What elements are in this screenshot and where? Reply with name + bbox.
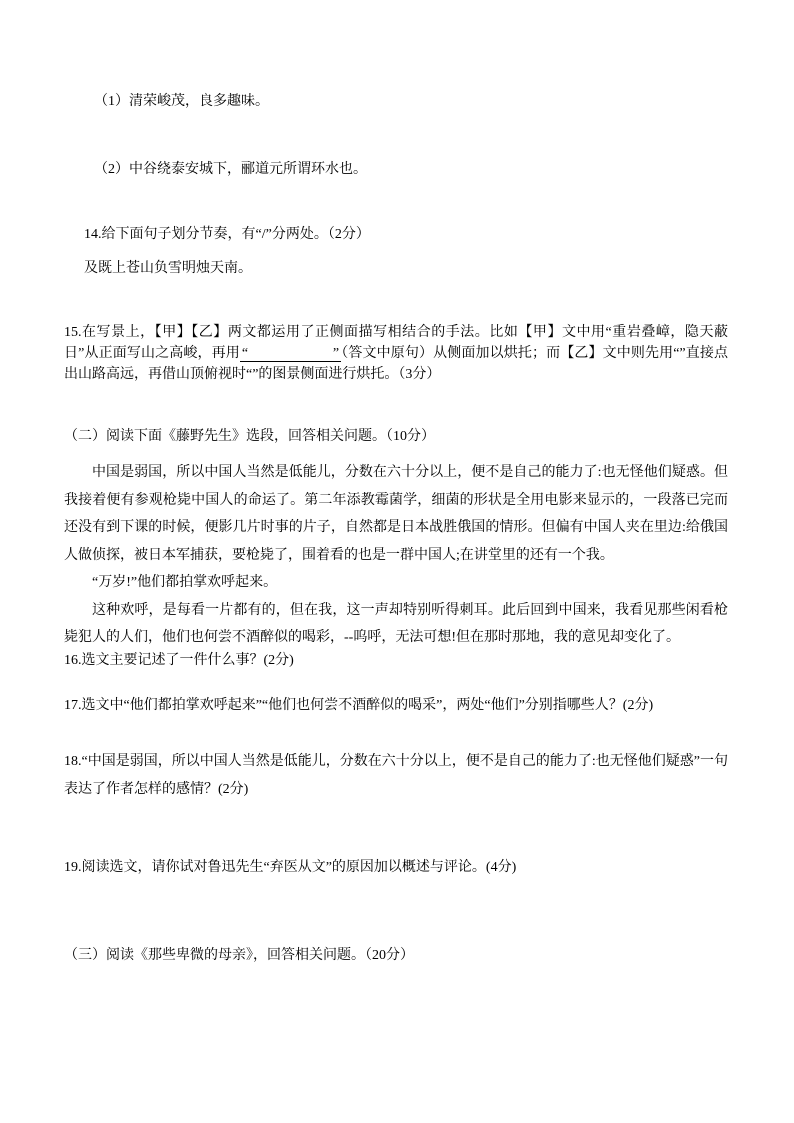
passage-paragraph-3: 这种欢呼，是每看一片都有的，但在我，这一声却特别听得刺耳。此后回到中国来，我看见… — [64, 597, 728, 652]
exam-paper-page: （1）清荣峻茂，良多趣味。 （2）中谷绕泰安城下，郦道元所谓环水也。 14.给下… — [0, 0, 794, 1123]
question-19: 19.阅读选文，请你试对鲁迅先生“弃医从文”的原因加以概述与评论。(4分) — [64, 858, 516, 877]
passage-paragraph-1: 中国是弱国，所以中国人当然是低能儿，分数在六十分以上，便不是自己的能力了:也无怪… — [64, 459, 728, 569]
answer-line-1: （1）清荣峻茂，良多趣味。 — [94, 92, 269, 111]
question-18: 18.“中国是弱国，所以中国人当然是低能儿，分数在六十分以上，便不是自己的能力了… — [64, 748, 728, 803]
reading-passage: 中国是弱国，所以中国人当然是低能儿，分数在六十分以上，便不是自己的能力了:也无怪… — [64, 459, 728, 652]
section-3-heading: （三）阅读《那些卑微的母亲》，回答相关问题。（20分） — [64, 946, 414, 965]
question-15: 15.在写景上，【甲】【乙】两文都运用了正侧面描写相结合的手法。比如【甲】文中用… — [64, 322, 728, 385]
answer-line-2: （2）中谷绕泰安城下，郦道元所谓环水也。 — [94, 160, 367, 179]
question-16: 16.选文主要记述了一件什么事？(2分) — [64, 651, 294, 670]
question-17: 17.选文中“他们都拍掌欢呼起来”“他们也何尝不酒醉似的喝采”，两处“他们”分别… — [64, 696, 653, 715]
section-2-heading: （二）阅读下面《藤野先生》选段，回答相关问题。（10分） — [64, 427, 435, 446]
question-14-prompt: 14.给下面句子划分节奏，有“/”分两处。（2分） — [84, 225, 370, 244]
question-15-fill-blank: “ ” — [240, 346, 341, 362]
passage-paragraph-2: “万岁!”他们都拍掌欢呼起来。 — [64, 569, 728, 597]
question-14-sentence: 及既上苍山负雪明烛天南。 — [84, 259, 252, 278]
